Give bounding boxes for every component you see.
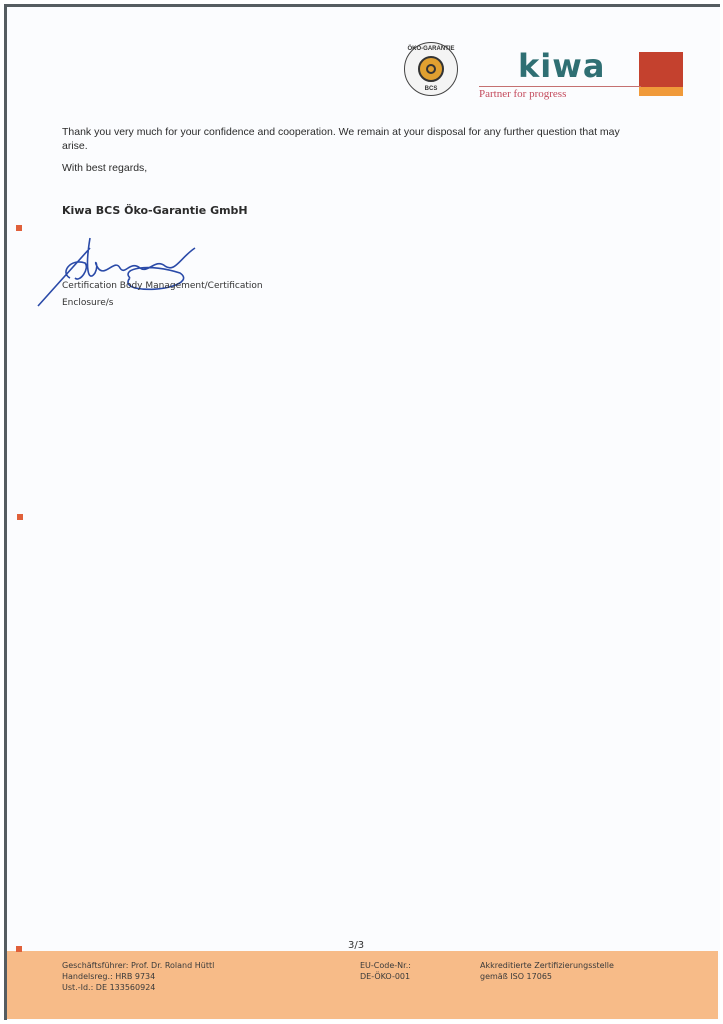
footer-eu-label: EU-Code-Nr.: <box>360 960 411 971</box>
signature-icon <box>30 228 220 308</box>
footer-register: Handelsreg.: HRB 9734 <box>62 971 214 982</box>
signer-role: Certification Body Management/Certificat… <box>62 281 263 291</box>
tagline: Partner for progress <box>479 88 566 100</box>
tagline-rule <box>479 86 641 87</box>
enclosure-note: Enclosure/s <box>62 298 114 308</box>
footer-management: Geschäftsführer: Prof. Dr. Roland Hüttl … <box>62 960 214 993</box>
closing: With best regards, <box>62 162 147 174</box>
footer-mark <box>16 946 22 952</box>
kiwa-logo-icon <box>639 52 683 96</box>
footer-eu-code: EU-Code-Nr.: DE-ÖKO-001 <box>360 960 411 982</box>
document-page <box>4 4 720 1020</box>
letter-body: Thank you very much for your confidence … <box>62 125 622 153</box>
footer-eu-value: DE-ÖKO-001 <box>360 971 411 982</box>
punch-mark <box>16 225 22 231</box>
logo-top-text: ÖKO-GARANTIE <box>405 46 457 52</box>
fold-mark <box>17 514 23 520</box>
company-name: Kiwa BCS Öko-Garantie GmbH <box>62 204 248 217</box>
kiwa-wordmark: kiwa <box>518 48 605 84</box>
logo-ring-icon <box>418 56 444 82</box>
page-number: 3/3 <box>348 940 364 951</box>
bcs-oko-garantie-logo: ÖKO-GARANTIE BCS <box>404 42 458 96</box>
footer-accreditation: Akkreditierte Zertifizierungsstelle gemä… <box>480 960 614 982</box>
logo-bottom-text: BCS <box>405 86 457 92</box>
footer-accredited: Akkreditierte Zertifizierungsstelle <box>480 960 614 971</box>
footer-ceo: Geschäftsführer: Prof. Dr. Roland Hüttl <box>62 960 214 971</box>
footer-vat: Ust.-Id.: DE 133560924 <box>62 982 214 993</box>
footer-iso: gemäß ISO 17065 <box>480 971 614 982</box>
